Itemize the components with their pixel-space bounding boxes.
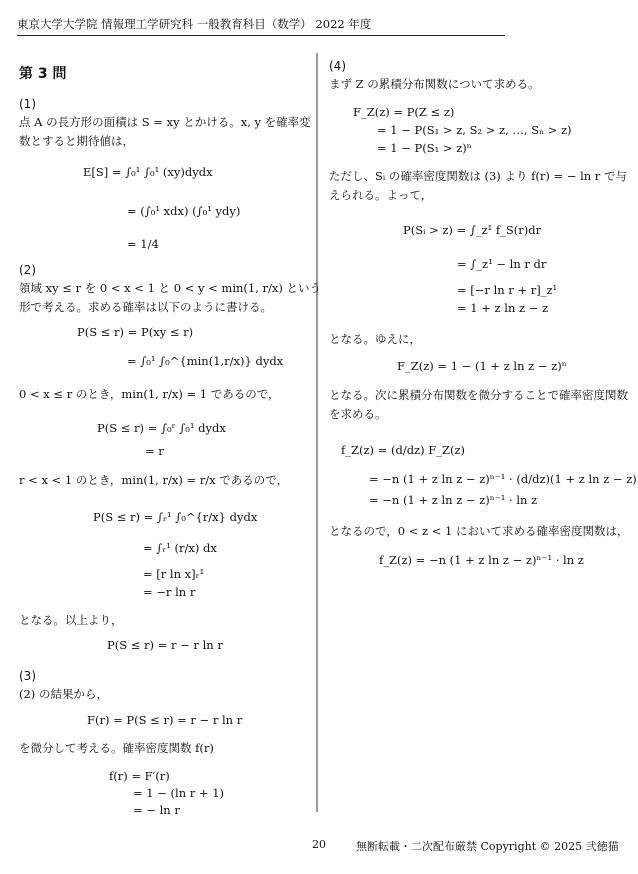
part1-text: 点 A の長方形の面積は S = xy とかける。x, y を確率変: [19, 114, 311, 130]
equation-line: P(S ≤ r) = ∫ᵣ¹ ∫₀^{r/x} dydx: [93, 509, 257, 525]
equation-line: = (∫₀¹ xdx) (∫₀¹ ydy): [127, 203, 240, 219]
equation-line: f_Z(z) = (d/dz) F_Z(z): [341, 442, 465, 458]
equation-line: = ∫ᵣ¹ (r/x) dx: [143, 540, 217, 556]
header-divider: [17, 35, 505, 36]
equation-line: = 1 − (ln r + 1): [133, 785, 224, 801]
part4-text: まず Z の累積分布関数について求める。: [329, 76, 540, 92]
equation-line: P(S ≤ r) = ∫₀ʳ ∫₀¹ dydx: [97, 420, 226, 436]
equation-line: = −n (1 + z ln z − z)ⁿ⁻¹ · (d/dz)(1 + z …: [369, 471, 637, 487]
result-equation: P(S ≤ r) = r − r ln r: [107, 637, 223, 653]
part2-label: (2): [19, 262, 36, 278]
equation-line: = − ln r: [133, 802, 180, 818]
document-header: 東京大学大学院 情報理工学研究科 一般教育科目（数学） 2022 年度: [17, 17, 505, 31]
equation-line: = 1/4: [127, 236, 159, 252]
equation-line: = ∫_z¹ − ln r dr: [457, 256, 546, 272]
part4-text: ただし、Sᵢ の確率密度関数は (3) より f(r) = − ln r で与: [329, 168, 627, 184]
column-divider: [316, 53, 318, 812]
part1-label: (1): [19, 96, 36, 112]
equation-line: F_Z(z) = P(Z ≤ z): [353, 104, 454, 120]
equation-line: P(S ≤ r) = P(xy ≤ r): [77, 324, 193, 340]
equation-line: F_Z(z) = 1 − (1 + z ln z − z)ⁿ: [397, 358, 567, 374]
conclusion-text: となる。以上より，: [19, 612, 123, 628]
part4-text: となる。ゆえに，: [329, 331, 421, 347]
part2-text: 形で考える。求める確率は以下のように書ける。: [19, 299, 272, 315]
equation-line: F(r) = P(S ≤ r) = r − r ln r: [87, 712, 242, 728]
part4-text: となるので，0 < z < 1 において求める確率密度関数は，: [329, 523, 629, 539]
part4-label: (4): [329, 58, 346, 74]
equation-line: = 1 − P(S₁ > z, S₂ > z, …, Sₙ > z): [377, 122, 572, 138]
case-text: 0 < x ≤ r のとき，min(1, r/x) = 1 であるので，: [19, 386, 280, 402]
part4-text: を求める。: [329, 406, 387, 422]
problem-title: 第 3 問: [19, 66, 67, 82]
part3-text: を微分して考える。確率密度関数 f(r): [19, 740, 214, 756]
equation-line: P(Sᵢ > z) = ∫_z¹ f_S(r)dr: [403, 222, 541, 238]
part2-text: 領域 xy ≤ r を 0 < x < 1 と 0 < y < min(1, r…: [19, 280, 321, 296]
part4-text: えられる。よって，: [329, 187, 432, 203]
part3-text: (2) の結果から，: [19, 686, 108, 702]
equation-line: f(r) = F′(r): [109, 768, 170, 784]
equation-line: = r: [145, 443, 164, 459]
equation-line: = −n (1 + z ln z − z)ⁿ⁻¹ · ln z: [369, 492, 537, 508]
equation-line: E[S] = ∫₀¹ ∫₀¹ (xy)dydx: [83, 164, 213, 180]
page-number: 20: [312, 838, 326, 851]
equation-line: = ∫₀¹ ∫₀^{min(1,r/x)} dydx: [127, 353, 283, 369]
copyright-notice: 無断転載・二次配布厳禁 Copyright © 2025 弐徳猫: [356, 838, 619, 854]
part3-label: (3): [19, 668, 36, 684]
equation-line: = [−r ln r + r]_z¹: [457, 282, 557, 298]
equation-line: = −r ln r: [143, 584, 195, 600]
case-text: r < x < 1 のとき，min(1, r/x) = r/x であるので，: [19, 472, 288, 488]
equation-line: = 1 + z ln z − z: [457, 300, 548, 316]
part1-text: 数とすると期待値は，: [19, 133, 134, 149]
part4-text: となる。次に累積分布関数を微分することで確率密度関数: [329, 387, 628, 403]
equation-line: = [r ln x]ᵣ¹: [143, 566, 204, 582]
equation-line: = 1 − P(S₁ > z)ⁿ: [377, 140, 472, 156]
final-equation: f_Z(z) = −n (1 + z ln z − z)ⁿ⁻¹ · ln z: [379, 552, 584, 568]
